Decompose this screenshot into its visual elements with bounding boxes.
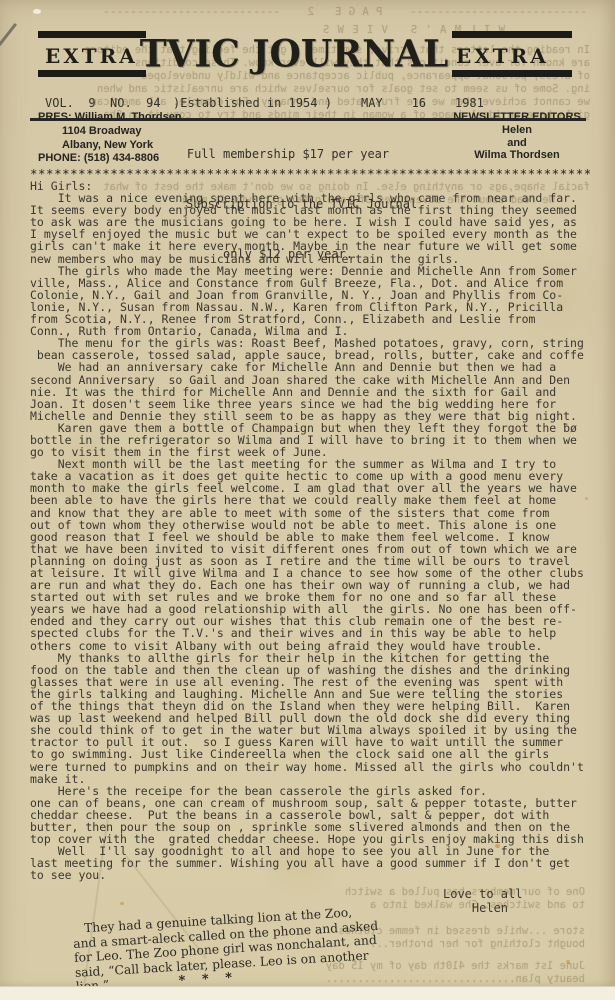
established-note: )Established in 1954 ): [173, 96, 332, 110]
signature: Love to all Helen: [443, 888, 522, 915]
newsletter-title: TVIC JOURNAL: [138, 32, 450, 76]
letter-body: Hi Girls: It was a nice evening spent he…: [30, 180, 584, 881]
editors-conjunction: and: [448, 137, 586, 150]
paper-stain: [120, 902, 124, 905]
editor-name: Wilma Thordsen: [448, 149, 586, 162]
president-address-line: 1104 Broadway: [38, 125, 182, 139]
paper-stain: [495, 844, 500, 848]
issue-date: MAY 16 1981: [361, 96, 484, 110]
newsletter-page: -------------------------- P A G E 2 ---…: [0, 0, 615, 1000]
newsletter-content: EXTRA TVIC JOURNAL EXTRA VOL. 9 NO. 94 )…: [0, 0, 615, 1000]
paper-stain: [585, 497, 588, 500]
masthead-bar: [452, 31, 572, 38]
masthead-bar: [38, 70, 146, 77]
editors-heading: NEWSLETTER EDITORS: [448, 111, 586, 124]
staple-hole: [33, 9, 41, 14]
asterisk-separator: ****************************************…: [30, 166, 590, 181]
president-name: PRES: William M. Thordsen: [38, 111, 182, 125]
president-phone: PHONE: (518) 434-8806: [38, 152, 182, 166]
paper-stain: [566, 960, 570, 964]
extra-label-right: EXTRA: [456, 44, 549, 68]
joke-clipping: They had a genuine talking lion at the Z…: [72, 904, 386, 995]
corner-mark: [0, 23, 17, 46]
editors-block: NEWSLETTER EDITORS Helen and Wilma Thord…: [448, 111, 586, 162]
editor-name: Helen: [448, 124, 586, 137]
volume-number: VOL. 9 NO. 94: [45, 96, 161, 110]
president-block: PRES: William M. Thordsen 1104 Broadway …: [38, 111, 182, 166]
scan-edge: [0, 986, 615, 1000]
president-address-line: Albany, New York: [38, 139, 182, 153]
extra-label-left: EXTRA: [45, 44, 138, 68]
masthead-bar: [452, 70, 572, 77]
masthead-bar: [38, 31, 146, 38]
membership-fee-line: Full membership $17 per year: [186, 146, 390, 163]
